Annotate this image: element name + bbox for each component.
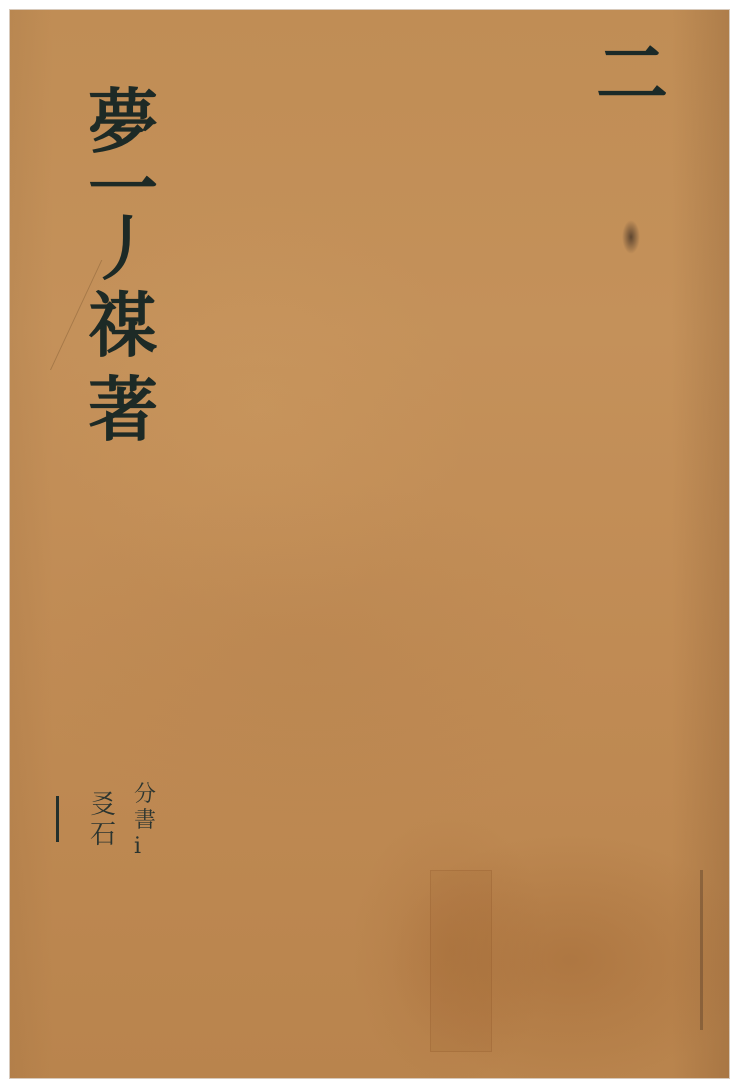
stamp-bar [56, 796, 59, 842]
seal-right-column: 分 書 ⅰ [134, 782, 156, 860]
ink-blot [622, 220, 640, 254]
book-cover: 夢 一 丿 禖 著 二 㕛 石 分 書 ⅰ [10, 10, 729, 1078]
seal-char: 分 [134, 782, 156, 808]
binding-edge-mark [700, 870, 703, 1030]
volume-number: 二 [592, 38, 672, 110]
seal-char: 㕛 [90, 790, 116, 820]
water-stain [430, 870, 492, 1052]
title-char: 丿 [88, 214, 158, 284]
seal-char: 書 [134, 808, 156, 834]
seal-inscription: 㕛 石 分 書 ⅰ [90, 780, 180, 880]
seal-left-column: 㕛 石 [90, 790, 116, 850]
title-char: 著 [88, 368, 158, 452]
title-char: 禖 [88, 284, 158, 368]
seal-char: ⅰ [134, 834, 156, 860]
seal-char: 石 [90, 820, 116, 850]
title-column: 夢 一 丿 禖 著 [78, 80, 168, 452]
